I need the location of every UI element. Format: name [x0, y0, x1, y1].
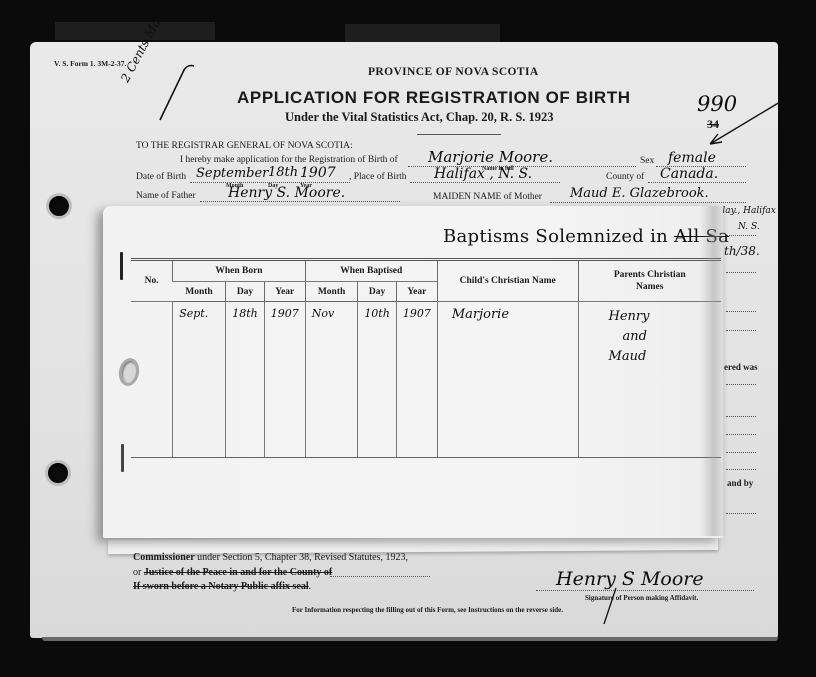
side-note-date: th/38.	[724, 244, 760, 258]
cell-born-month: Sept.	[173, 302, 226, 458]
child-name-value: Marjorie Moore.	[428, 148, 553, 166]
right-edge-fragment-1: ered was	[724, 362, 758, 372]
form-title: APPLICATION FOR REGISTRATION OF BIRTH	[237, 88, 631, 108]
justice-struck: Justice of the Peace in and for the Coun…	[144, 567, 332, 578]
form-number: V. S. Form 1. 3M-2-37.	[54, 59, 126, 68]
cell-no	[131, 302, 173, 458]
right-edge-fragment-2: and by	[727, 478, 753, 488]
justice-line: or Justice of the Peace in and for the C…	[133, 567, 332, 578]
county-blank-line	[330, 576, 430, 577]
right-line-2	[726, 272, 756, 273]
notary-end: .	[309, 581, 312, 592]
cell-baptised-month: Nov	[305, 302, 358, 458]
header-baptised-year: Year	[396, 282, 437, 302]
staple-bottom	[121, 444, 124, 472]
right-line-6	[726, 416, 756, 417]
header-no: No.	[131, 260, 173, 302]
county-line	[648, 182, 746, 183]
father-name-value: Henry S. Moore.	[228, 185, 345, 201]
binder-hole-top	[46, 193, 72, 219]
scan-background-strip-left	[55, 22, 215, 40]
county-label: County of	[606, 172, 644, 182]
baptism-register-table: No. When Born When Baptised Child's Chri…	[131, 258, 721, 458]
slip-shadow-fold	[700, 206, 728, 536]
right-line-10	[726, 513, 756, 514]
signature-line	[536, 590, 754, 591]
header-born-day: Day	[226, 282, 265, 302]
header-born-year: Year	[264, 282, 305, 302]
baptism-slip-title: Baptisms Solemnized in All Sa	[443, 226, 729, 247]
mother-maiden-name-line	[550, 202, 746, 203]
commissioner-bold: Commissioner	[133, 552, 195, 563]
signature-caption: Signature of Person making Affidavit.	[585, 594, 698, 602]
staple-top	[120, 252, 123, 280]
sex-label: Sex	[640, 156, 654, 166]
place-of-birth-line	[410, 182, 560, 183]
birth-day-value: 18th	[268, 165, 298, 180]
justice-prefix: or	[133, 567, 141, 578]
binder-hole-bottom	[45, 460, 71, 486]
birth-month-value: September	[196, 166, 268, 181]
right-line-1	[726, 235, 756, 236]
birth-year-value: 1907	[300, 165, 336, 181]
date-of-birth-label: Date of Birth	[136, 172, 186, 182]
place-of-birth-value: Halifax , N. S.	[434, 166, 532, 182]
side-note-province: N. S.	[738, 222, 760, 232]
baptism-register-slip: Baptisms Solemnized in All Sa No. When B…	[103, 206, 723, 538]
header-parents-text: Parents Christian Names	[601, 269, 699, 293]
arrow-stroke	[702, 100, 782, 150]
mother-maiden-name-label: MAIDEN NAME of Mother	[433, 192, 542, 202]
subtitle-divider	[417, 134, 501, 135]
sex-value: female	[668, 150, 716, 166]
notary-line: If sworn before a Notary Public affix se…	[133, 581, 311, 592]
application-intro: I hereby make application for the Regist…	[180, 155, 398, 165]
place-of-birth-label: , Place of Birth	[349, 172, 407, 182]
header-child-christian-name: Child's Christian Name	[437, 260, 578, 302]
header-child-name-text: Child's Christian Name	[450, 275, 566, 287]
cell-child-name: Marjorie	[437, 302, 578, 458]
table-row: Sept. 18th 1907 Nov 10th 1907 Marjorie H…	[131, 302, 721, 458]
right-line-8	[726, 452, 756, 453]
right-line-9	[726, 469, 756, 470]
father-name-label: Name of Father	[136, 191, 196, 201]
county-value: Canada.	[660, 166, 718, 182]
info-note: For Information respecting the filling o…	[292, 606, 563, 614]
father-name-line	[200, 201, 400, 202]
header-born-month: Month	[173, 282, 226, 302]
header-baptised-month: Month	[305, 282, 358, 302]
header-when-baptised: When Baptised	[305, 260, 437, 282]
header-when-born: When Born	[173, 260, 306, 282]
header-baptised-day: Day	[358, 282, 397, 302]
baptism-title-prefix: Baptisms Solemnized in	[443, 226, 668, 247]
addressee: TO THE REGISTRAR GENERAL OF NOVA SCOTIA:	[136, 141, 353, 151]
signature-flourish	[600, 586, 620, 626]
cell-born-year: 1907	[264, 302, 305, 458]
mother-maiden-name-value: Maud E. Glazebrook.	[570, 186, 709, 201]
cell-baptised-year: 1907	[396, 302, 437, 458]
commissioner-line: Commissioner under Section 5, Chapter 38…	[133, 552, 408, 563]
notary-struck: If sworn before a Notary Public affix se…	[133, 581, 309, 592]
right-line-4	[726, 330, 756, 331]
province-heading: PROVINCE OF NOVA SCOTIA	[368, 66, 539, 78]
commissioner-rest: under Section 5, Chapter 38, Revised Sta…	[197, 552, 408, 563]
table-header-group-row: No. When Born When Baptised Child's Chri…	[131, 260, 721, 282]
cell-born-day: 18th	[226, 302, 265, 458]
checkmark-stroke	[158, 62, 198, 122]
affidavit-signature: Henry S Moore	[556, 568, 704, 590]
sheet-edge	[42, 637, 778, 641]
right-line-5	[726, 384, 756, 385]
right-line-7	[726, 434, 756, 435]
cell-baptised-day: 10th	[358, 302, 397, 458]
scan-background-strip-right	[345, 24, 500, 42]
form-subtitle: Under the Vital Statistics Act, Chap. 20…	[285, 110, 554, 125]
right-line-3	[726, 311, 756, 312]
